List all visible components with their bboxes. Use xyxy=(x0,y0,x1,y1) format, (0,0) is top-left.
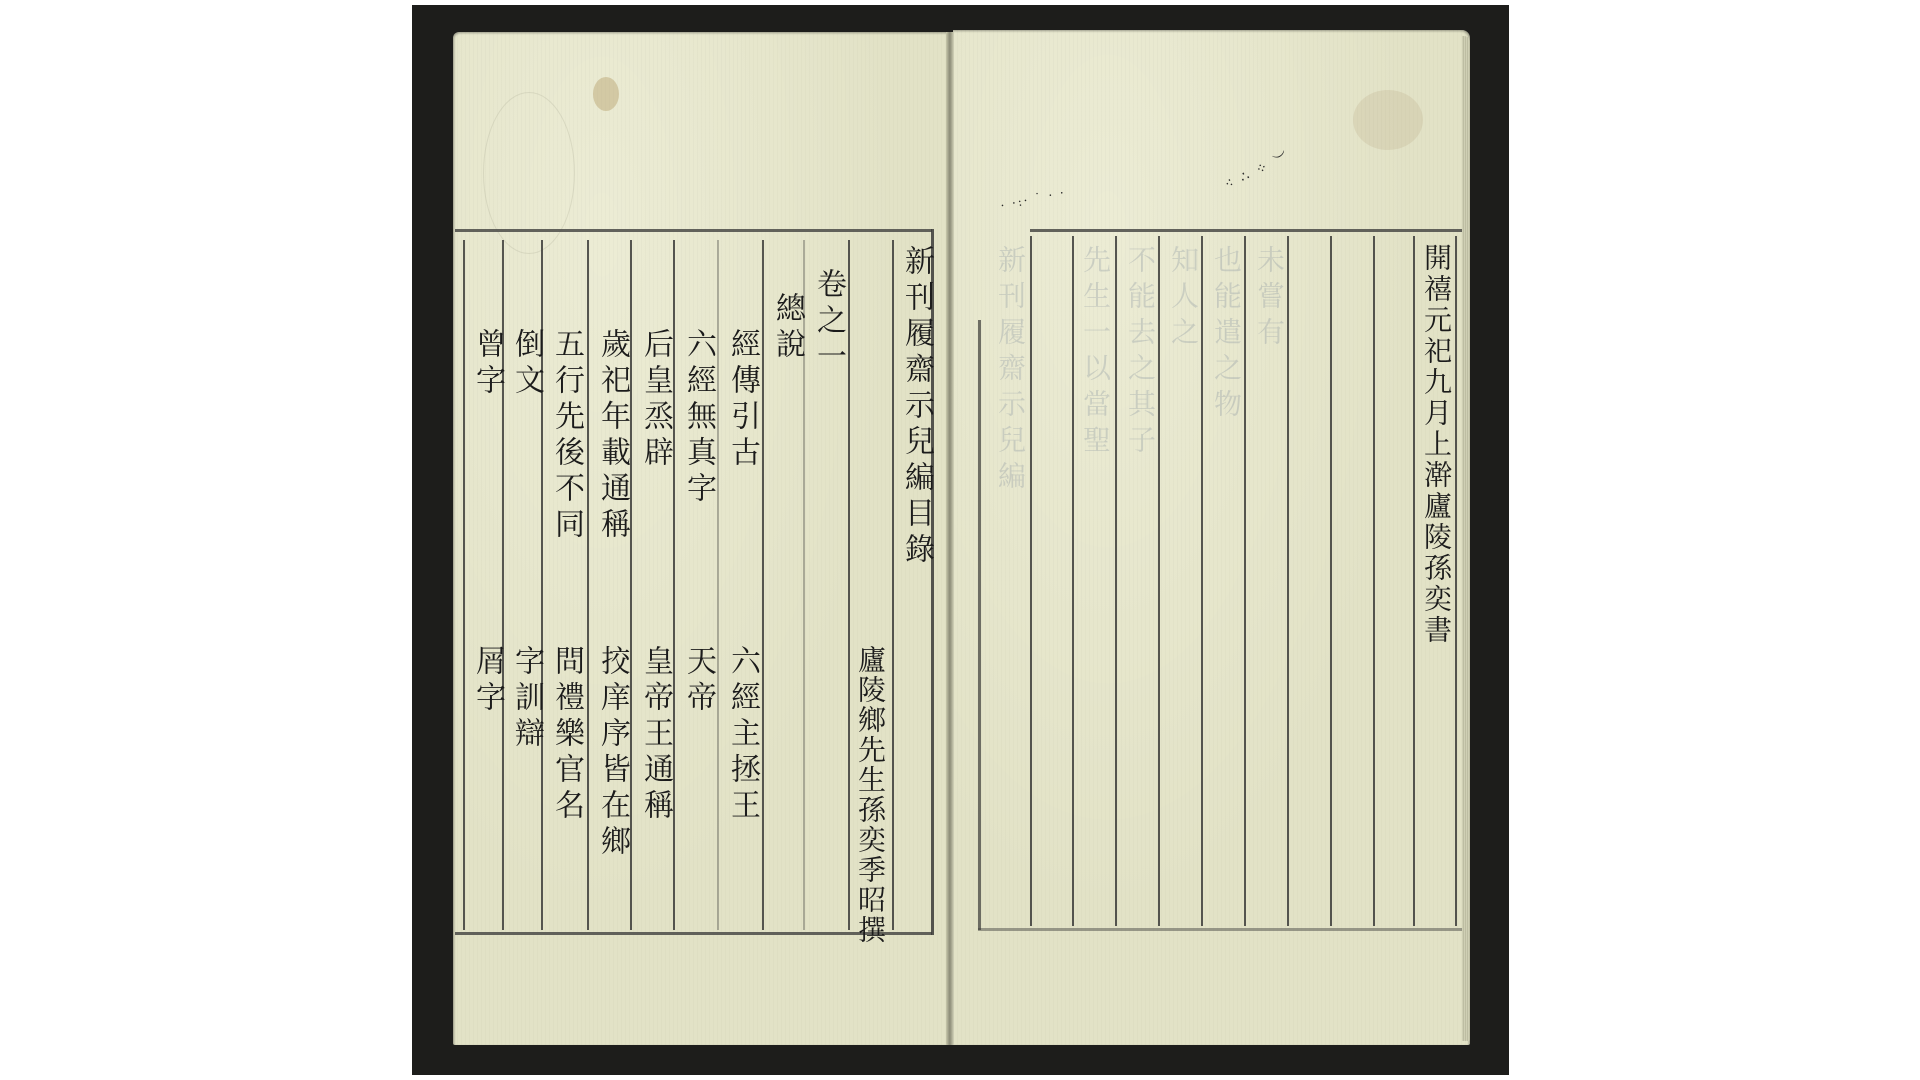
column-rule xyxy=(1072,236,1074,926)
column-rule xyxy=(463,240,465,930)
section-heading: 總說 xyxy=(767,292,807,364)
right-top-border xyxy=(1030,229,1462,232)
toc-entry: 六經無真字 xyxy=(678,328,718,508)
toc-title: 新刊履齋示兒編目錄 xyxy=(896,245,936,569)
toc-entry: 六經主拯王 xyxy=(722,645,762,825)
bleed-through-text: 未嘗有 xyxy=(1249,245,1289,353)
column-rule xyxy=(1115,236,1117,926)
toc-entry: 屑字 xyxy=(467,645,507,717)
bleed-through-text: 新刊履齋示兒編 xyxy=(990,245,1030,497)
column-rule xyxy=(587,240,589,930)
left-top-border xyxy=(455,229,932,232)
bleed-through-text: 不能去之其子 xyxy=(1120,245,1160,461)
toc-entry: 歲祀年載通稱 xyxy=(592,328,632,544)
column-rule xyxy=(848,240,850,930)
toc-entry: 問禮樂官名 xyxy=(546,645,586,825)
column-rule xyxy=(892,240,894,930)
water-stain xyxy=(593,77,619,111)
stacked-page-edges xyxy=(1462,36,1470,1041)
right-bottom-border xyxy=(978,928,1462,931)
column-rule xyxy=(1030,236,1032,926)
volume-heading: 卷之一 xyxy=(808,268,848,376)
toc-entry: 字訓辯 xyxy=(506,645,546,753)
toc-entry: 后皇烝辟 xyxy=(635,328,675,472)
right-left-border xyxy=(978,320,981,930)
toc-entry: 皇帝王通稱 xyxy=(635,645,675,825)
bleed-through-text: 知人之 xyxy=(1163,245,1203,353)
toc-entry: 挍庠序皆在鄉 xyxy=(592,645,632,861)
column-rule xyxy=(1455,236,1457,926)
water-stain xyxy=(1353,90,1423,150)
toc-entry: 曾字 xyxy=(467,328,507,400)
toc-entry: 天帝 xyxy=(678,645,718,717)
column-rule xyxy=(762,240,764,930)
column-rule xyxy=(1330,236,1332,926)
column-rule xyxy=(1373,236,1375,926)
toc-entry: 經傳引古 xyxy=(722,328,762,472)
author-line: 廬陵鄉先生孫奕季昭撰 xyxy=(852,645,888,945)
colophon: 開禧元祀九月上澣廬陵孫奕書 xyxy=(1418,243,1454,646)
bleed-through-text: 先生一以當聖 xyxy=(1075,245,1115,461)
toc-entry: 五行先後不同 xyxy=(546,328,586,544)
column-rule xyxy=(1413,236,1415,926)
toc-entry: 倒文 xyxy=(506,328,546,400)
book-gutter xyxy=(946,32,954,1045)
bleed-through-text: 也能遣之物 xyxy=(1206,245,1246,425)
